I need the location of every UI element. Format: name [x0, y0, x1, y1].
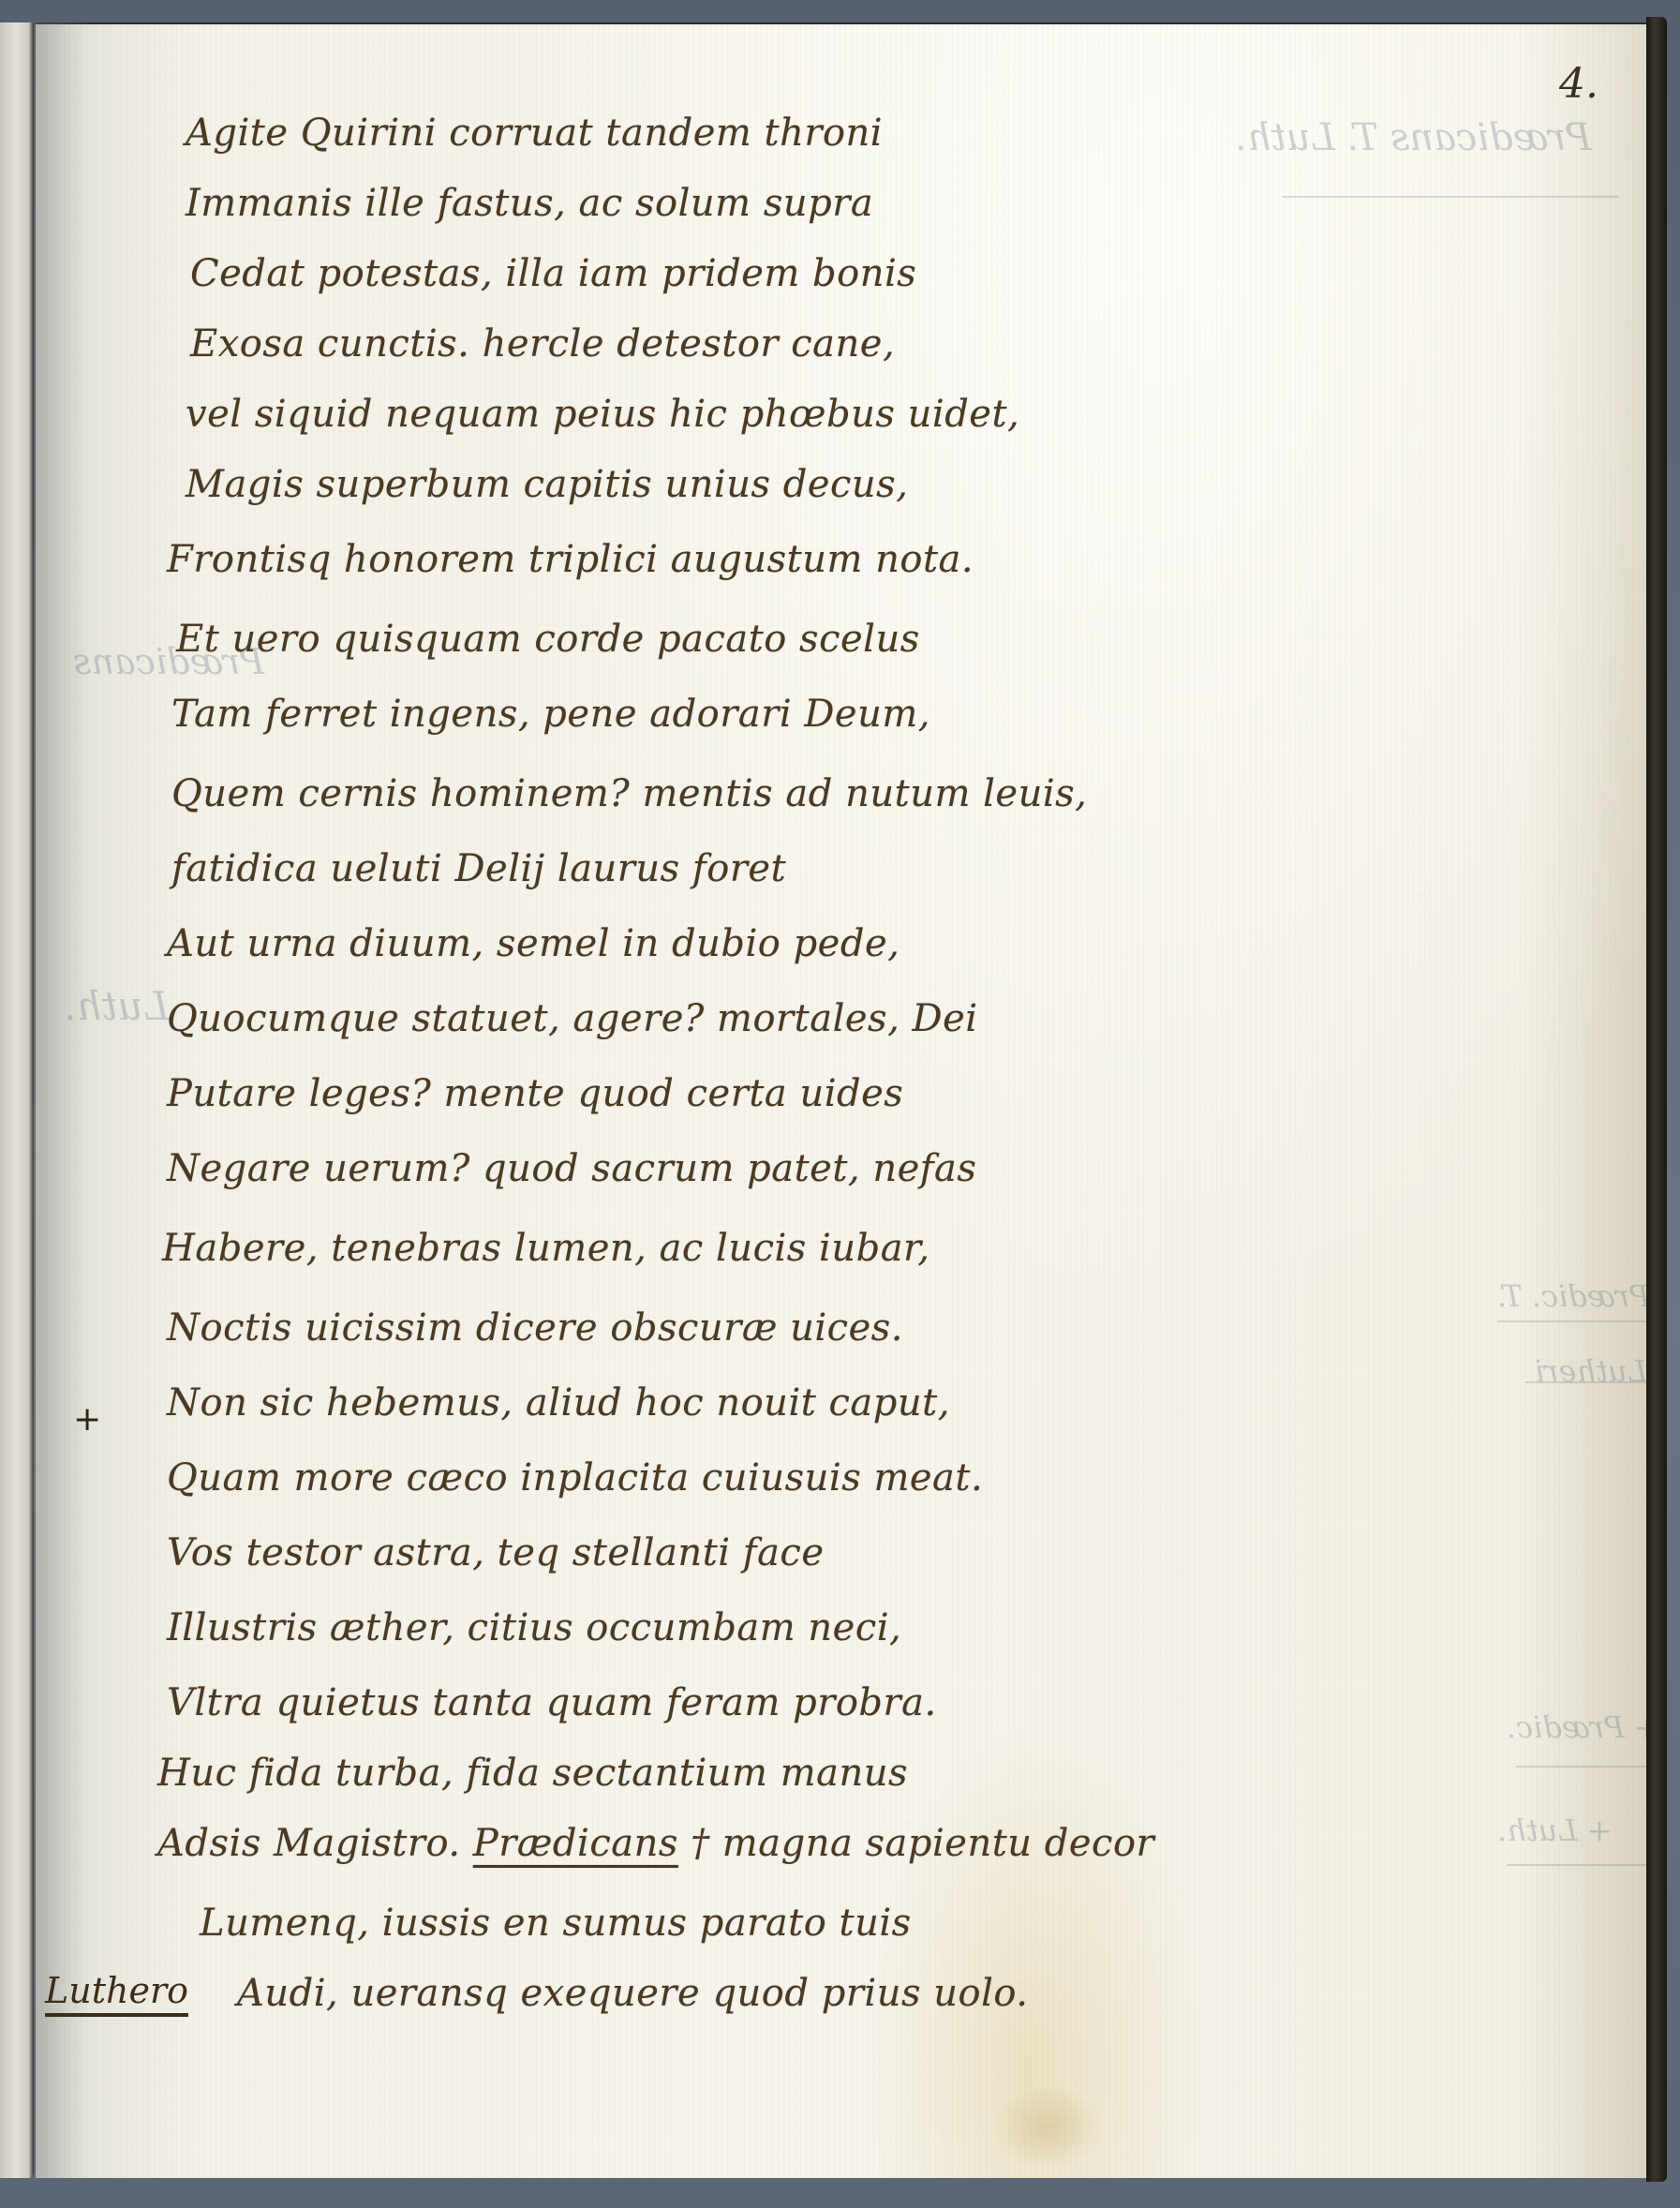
verse-text-segment: Adsis Magistro.	[157, 1822, 473, 1865]
verse-line: Et uero quisquam corde pacato scelus	[176, 618, 920, 661]
verse-line: Immanis ille fastus, ac solum supra	[186, 182, 873, 225]
verse-line: Quem cernis hominem? mentis ad nutum leu…	[171, 772, 1087, 815]
verse-line: Huc fida turba, fida sectantium manus	[157, 1752, 908, 1795]
verse-line: Noctis uicissim dicere obscuræ uices.	[167, 1306, 903, 1350]
verse-line: Exosa cunctis. hercle detestor cane,	[190, 322, 895, 366]
verse-line: Cedat potestas, illa iam pridem bonis	[190, 252, 916, 295]
verse-line: Aut urna diuum, semel in dubio pede,	[167, 922, 899, 965]
verse-line: Quam more cæco inplacita cuiusuis meat.	[167, 1456, 983, 1499]
facing-page-edge	[0, 22, 34, 2178]
underlined-word: Prædicans	[473, 1822, 678, 1865]
verse-line: Tam ferret ingens, pene adorari Deum,	[171, 693, 930, 736]
verse-line: Habere, tenebras lumen, ac lucis iubar,	[162, 1227, 929, 1270]
verse-line: Vltra quietus tanta quam feram probra.	[167, 1681, 937, 1724]
verse-line: vel siquid nequam peius hic phœbus uidet…	[186, 393, 1019, 436]
verse-line: Frontisq honorem triplici augustum nota.	[167, 538, 974, 581]
verse-line: Illustris æther, citius occumbam neci,	[167, 1606, 901, 1649]
verse-line: Magis superbum capitis unius decus,	[186, 463, 908, 506]
verse-text: Agite Quirini corruat tandem throni Imma…	[36, 22, 1647, 2178]
verse-line: Adsis Magistro. Prædicans † magna sapien…	[157, 1822, 1154, 1865]
speaker-label: Luthero	[45, 1970, 188, 2017]
book-binding-edge	[1646, 17, 1667, 2182]
verse-line: fatidica ueluti Delij laurus foret	[171, 847, 786, 890]
verse-line: Audi, ueransq exequere quod prius uolo.	[237, 1972, 1028, 2015]
verse-line: Vos testor astra, teq stellanti face	[167, 1531, 825, 1574]
verse-line: Lumenq, iussis en sumus parato tuis	[200, 1902, 912, 1945]
verse-text-segment: † magna sapientu decor	[678, 1822, 1154, 1865]
manuscript-page: Prædicans T. Luth. Prædicans Luth. Prædi…	[36, 22, 1664, 2178]
verse-line: Agite Quirini corruat tandem throni	[186, 112, 883, 155]
verse-line: Non sic hebemus, aliud hoc nouit caput,	[167, 1381, 950, 1425]
verse-line: Quocumque statuet, agere? mortales, Dei	[167, 997, 978, 1040]
cross-mark: +	[73, 1400, 101, 1439]
verse-line: Putare leges? mente quod certa uides	[167, 1072, 903, 1115]
verse-line: Negare uerum? quod sacrum patet, nefas	[167, 1147, 976, 1190]
